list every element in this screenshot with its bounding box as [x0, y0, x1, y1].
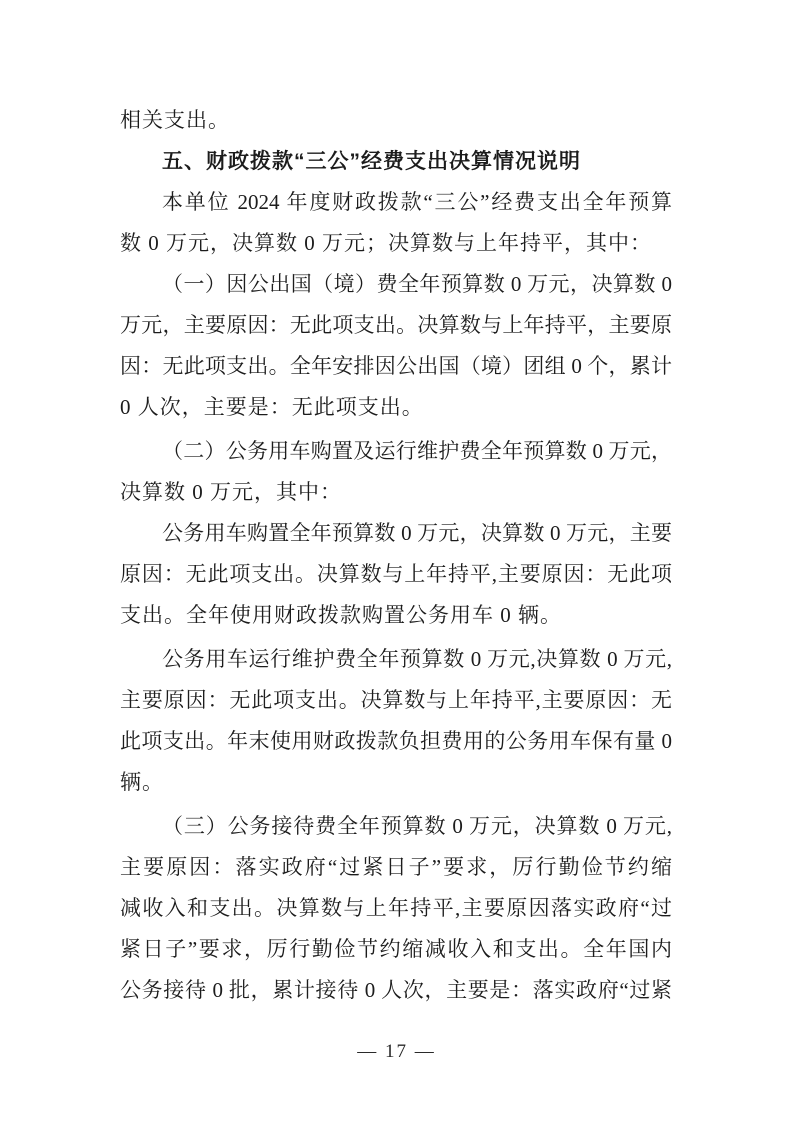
text-line: （一）因公出国（境）费全年预算数 0 万元，决算数 0 [120, 264, 672, 305]
text-line: 万元，主要原因：无此项支出。决算数与上年持平，主要原 [120, 305, 672, 346]
text-line: 公务用车运行维护费全年预算数 0 万元,决算数 0 万元, [120, 639, 672, 680]
text-line: 支出。全年使用财政拨款购置公务用车 0 辆。 [120, 595, 672, 636]
text-line: 此项支出。年末使用财政拨款负担费用的公务用车保有量 0 [120, 721, 672, 762]
document-page: 相关支出。 五、财政拨款“三公”经费支出决算情况说明 本单位 2024 年度财政… [0, 0, 793, 1122]
text-line: 公务接待 0 批，累计接待 0 人次，主要是：落实政府“过紧 [120, 970, 672, 1011]
text-line: 辆。 [120, 762, 672, 803]
text-line: 相关支出。 [120, 100, 672, 141]
text-line: 0 人次，主要是：无此项支出。 [120, 387, 672, 428]
text-line: 本单位 2024 年度财政拨款“三公”经费支出全年预算 [120, 182, 672, 223]
text-line: 主要原因：落实政府“过紧日子”要求，厉行勤俭节约缩 [120, 847, 672, 888]
page-number: — 17 — [0, 1040, 793, 1064]
text-line: 决算数 0 万元，其中： [120, 472, 672, 513]
text-line: 减收入和支出。决算数与上年持平,主要原因落实政府“过 [120, 888, 672, 929]
text-line: 因：无此项支出。全年安排因公出国（境）团组 0 个，累计 [120, 346, 672, 387]
text-line: 数 0 万元，决算数 0 万元；决算数与上年持平，其中： [120, 223, 672, 264]
text-line: 紧日子”要求，厉行勤俭节约缩减收入和支出。全年国内 [120, 929, 672, 970]
text-line: 原因：无此项支出。决算数与上年持平,主要原因：无此项 [120, 554, 672, 595]
text-line: 主要原因：无此项支出。决算数与上年持平,主要原因：无 [120, 680, 672, 721]
text-line: （三）公务接待费全年预算数 0 万元，决算数 0 万元, [120, 806, 672, 847]
document-body: 相关支出。 五、财政拨款“三公”经费支出决算情况说明 本单位 2024 年度财政… [120, 100, 672, 1011]
section-heading: 五、财政拨款“三公”经费支出决算情况说明 [120, 141, 672, 182]
text-line: 公务用车购置全年预算数 0 万元，决算数 0 万元，主要 [120, 513, 672, 554]
text-line: （二）公务用车购置及运行维护费全年预算数 0 万元， [120, 431, 672, 472]
